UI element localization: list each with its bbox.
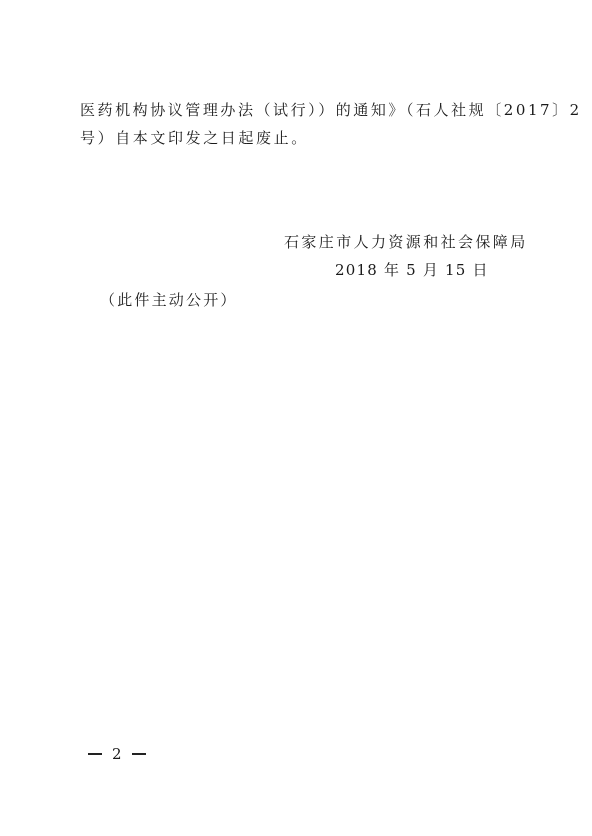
document-page: 医药机构协议管理办法（试行））的通知》（石人社规〔2017〕2 号）自本文印发之… (0, 0, 592, 836)
issuing-organization: 石家庄市人力资源和社会保障局 (284, 232, 528, 252)
body-text-line-2: 号）自本文印发之日起废止。 (80, 128, 309, 148)
issue-date: 2018 年 5 月 15 日 (335, 260, 489, 280)
disclosure-note: （此件主动公开） (100, 290, 238, 310)
dash-right (132, 753, 146, 755)
body-text-line-1: 医药机构协议管理办法（试行））的通知》（石人社规〔2017〕2 (80, 100, 582, 120)
dash-left (88, 753, 102, 755)
page-number: 2 (112, 745, 122, 763)
page-footer: 2 (88, 745, 146, 763)
